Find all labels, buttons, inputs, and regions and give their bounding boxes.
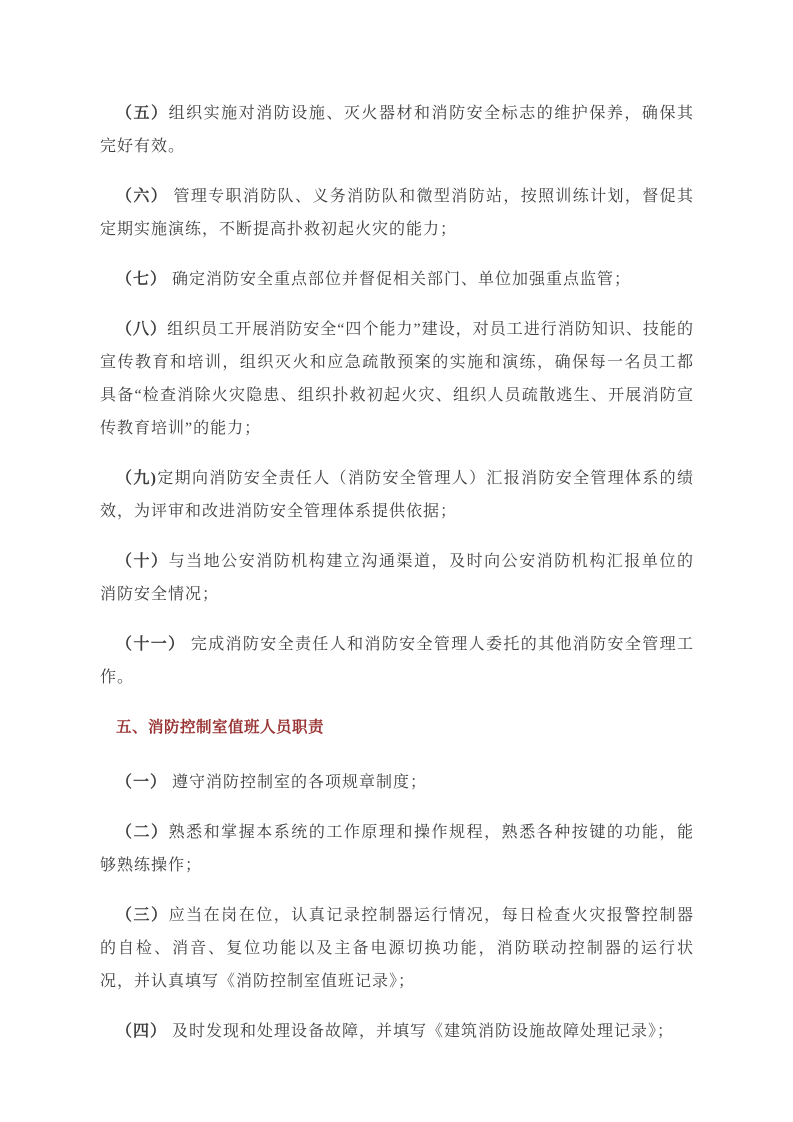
item-text: 组织实施对消防设施、灭火器材和消防安全标志的维护保养，确保其完好有效。 (100, 105, 694, 155)
paragraph-item-1: （一） 遵守消防控制室的各项规章制度； (100, 766, 694, 799)
paragraph-item-5: （五）组织实施对消防设施、灭火器材和消防安全标志的维护保养，确保其完好有效。 (100, 97, 694, 163)
item-label: （八） (116, 321, 167, 338)
item-label: （十一） (116, 636, 191, 653)
paragraph-item-2: （二）熟悉和掌握本系统的工作原理和操作规程，熟悉各种按键的功能，能够熟练操作； (100, 816, 694, 882)
item-label: （一） (116, 774, 172, 791)
item-text: 组织员工开展消防安全“四个能力”建设，对员工进行消防知识、技能的宣传教育和培训，… (100, 321, 694, 437)
item-label: （九) (116, 470, 157, 487)
paragraph-item-9: （九)定期向消防安全责任人（消防安全管理人）汇报消防安全管理体系的绩效，为评审和… (100, 462, 694, 528)
document-content: （五）组织实施对消防设施、灭火器材和消防安全标志的维护保养，确保其完好有效。 （… (100, 97, 694, 1048)
paragraph-item-10: （十）与当地公安消防机构建立沟通渠道，及时向公安消防机构汇报单位的消防安全情况； (100, 545, 694, 611)
item-text: 确定消防安全重点部位并督促相关部门、单位加强重点监管； (172, 271, 631, 288)
item-text: 熟悉和掌握本系统的工作原理和操作规程，熟悉各种按键的功能，能够熟练操作； (100, 824, 694, 874)
paragraph-item-3: （三）应当在岗在位，认真记录控制器运行情况，每日检查火灾报警控制器的自检、消音、… (100, 899, 694, 998)
item-label: （六） (116, 188, 173, 205)
paragraph-item-11: （十一） 完成消防安全责任人和消防安全管理人委托的其他消防安全管理工作。 (100, 628, 694, 694)
paragraph-item-4: （四） 及时发现和处理设备故障，并填写《建筑消防设施故障处理记录》； (100, 1015, 694, 1048)
item-text: 管理专职消防队、义务消防队和微型消防站，按照训练计划，督促其定期实施演练，不断提… (100, 188, 694, 238)
item-text: 与当地公安消防机构建立沟通渠道，及时向公安消防机构汇报单位的消防安全情况； (100, 553, 694, 603)
item-label: （三） (116, 907, 169, 924)
item-text: 应当在岗在位，认真记录控制器运行情况，每日检查火灾报警控制器的自检、消音、复位功… (100, 907, 694, 990)
document-page: （五）组织实施对消防设施、灭火器材和消防安全标志的维护保养，确保其完好有效。 （… (0, 0, 793, 1122)
item-text: 及时发现和处理设备故障，并填写《建筑消防设施故障处理记录》； (172, 1023, 674, 1040)
paragraph-item-6: （六） 管理专职消防队、义务消防队和微型消防站，按照训练计划，督促其定期实施演练… (100, 180, 694, 246)
paragraph-item-8: （八）组织员工开展消防安全“四个能力”建设，对员工进行消防知识、技能的宣传教育和… (100, 313, 694, 445)
section-heading: 五、消防控制室值班人员职责 (100, 711, 694, 744)
item-label: （五） (116, 105, 169, 122)
item-label: （七） (116, 271, 172, 288)
item-label: （十） (116, 553, 169, 570)
item-label: （四） (116, 1023, 172, 1040)
item-label: （二） (116, 824, 169, 841)
paragraph-item-7: （七） 确定消防安全重点部位并督促相关部门、单位加强重点监管； (100, 263, 694, 296)
item-text: 遵守消防控制室的各项规章制度； (172, 774, 427, 791)
item-text: 定期向消防安全责任人（消防安全管理人）汇报消防安全管理体系的绩效，为评审和改进消… (100, 470, 694, 520)
